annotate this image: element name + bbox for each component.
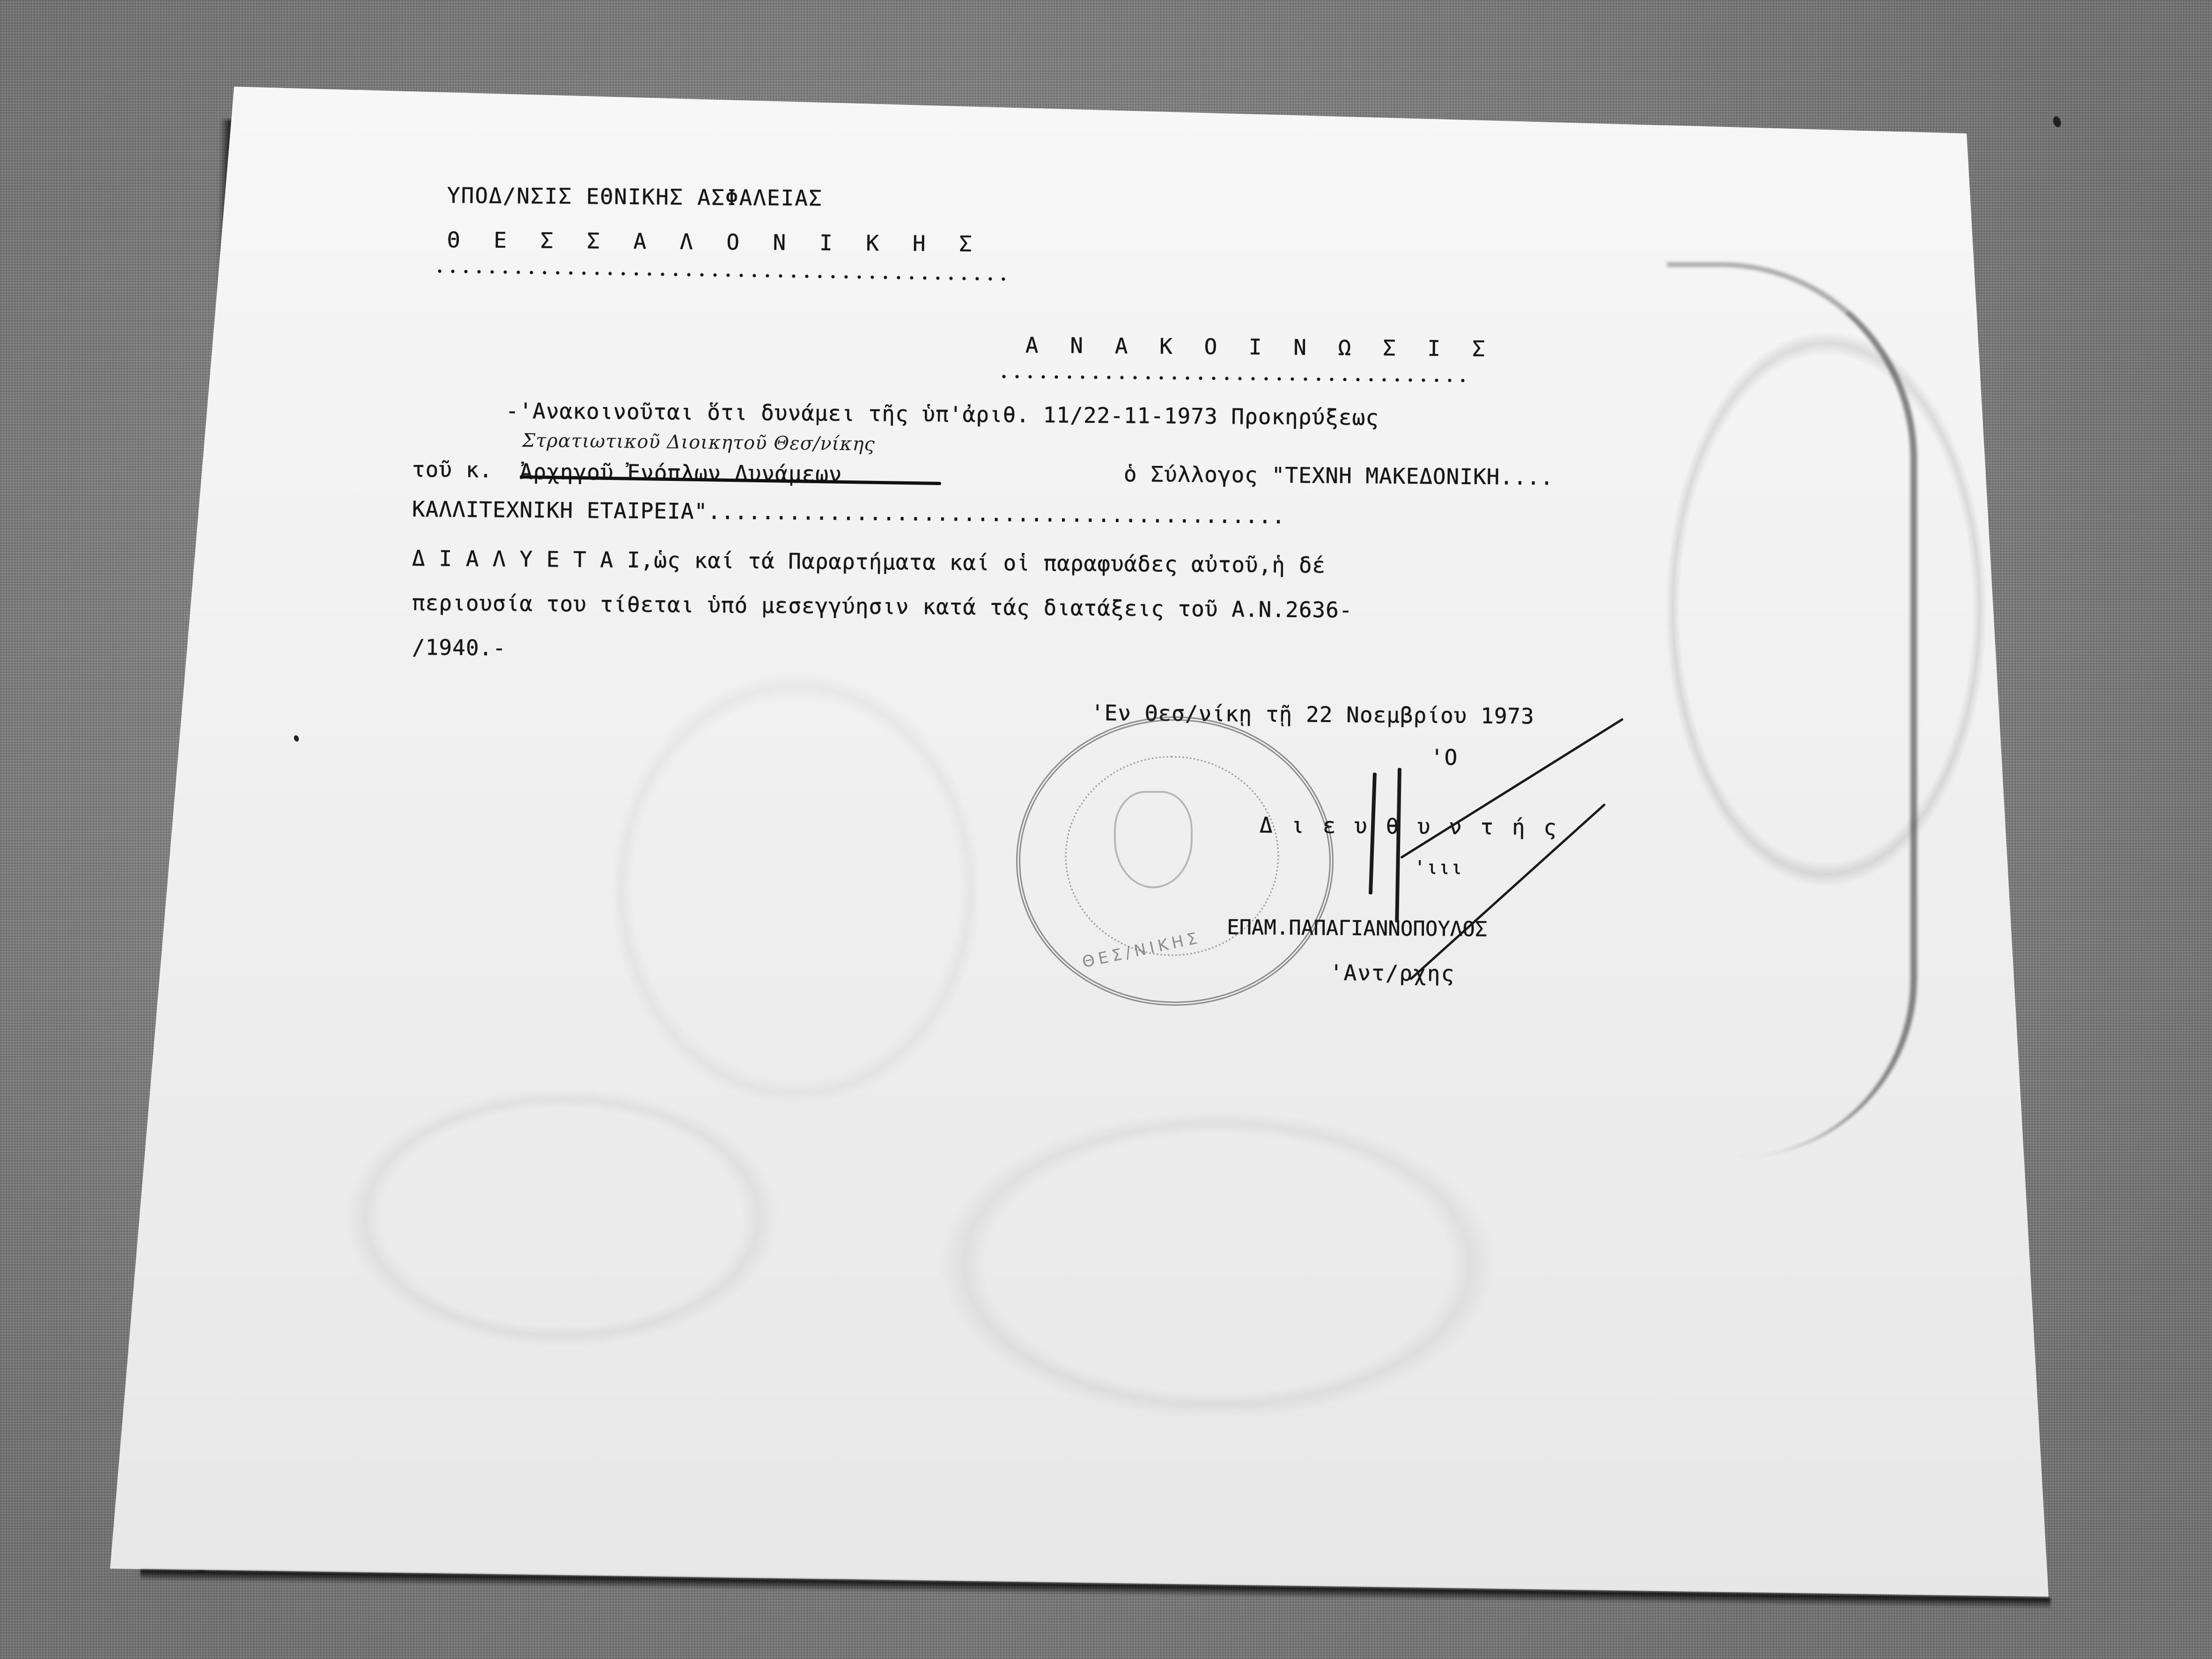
signature-role: Δ ι ε υ θ υ ν τ ή ς xyxy=(1260,812,1560,840)
document-title: Α Ν Α Κ Ο Ι Ν Ω Σ Ι Σ xyxy=(1025,332,1495,361)
dust-speck xyxy=(2051,115,2062,128)
signature-article: 'Ο xyxy=(1430,745,1459,770)
body-line-2-suffix: ὁ Σύλλογος "ΤΕΧΝΗ ΜΑΚΕΔΟΝΙΚΗ.... xyxy=(1124,461,1554,490)
handwritten-insert: Στρατιωτικοῦ Διοικητοῦ Θεσ/νίκης xyxy=(522,430,875,455)
issuer-line: ΥΠΟΔ/ΝΣΙΣ ΕΘΝΙΚΗΣ ΑΣΦΑΛΕΙΑΣ xyxy=(447,183,823,211)
official-seal: ΘΕΣ/ΝΙΚΗΣ xyxy=(1016,716,1334,1006)
body-line-2-prefix: τοῦ κ. xyxy=(412,457,493,482)
signatory-rank: 'Αντ/ρχης xyxy=(1330,960,1455,986)
city-line: Θ Ε Σ Σ Α Λ Ο Ν Ι Κ Η Σ xyxy=(447,227,982,257)
paper-fold-shadow xyxy=(1667,262,1917,1157)
signature-initials: 'ιιι xyxy=(1414,857,1463,879)
body-line-6: /1940.- xyxy=(412,634,506,661)
seal-emblem-icon xyxy=(1114,791,1193,888)
signatory-name: ΕΠΑΜ.ΠΑΠΑΓΙΑΝΝΟΠΟΥΛΟΣ xyxy=(1227,915,1488,941)
